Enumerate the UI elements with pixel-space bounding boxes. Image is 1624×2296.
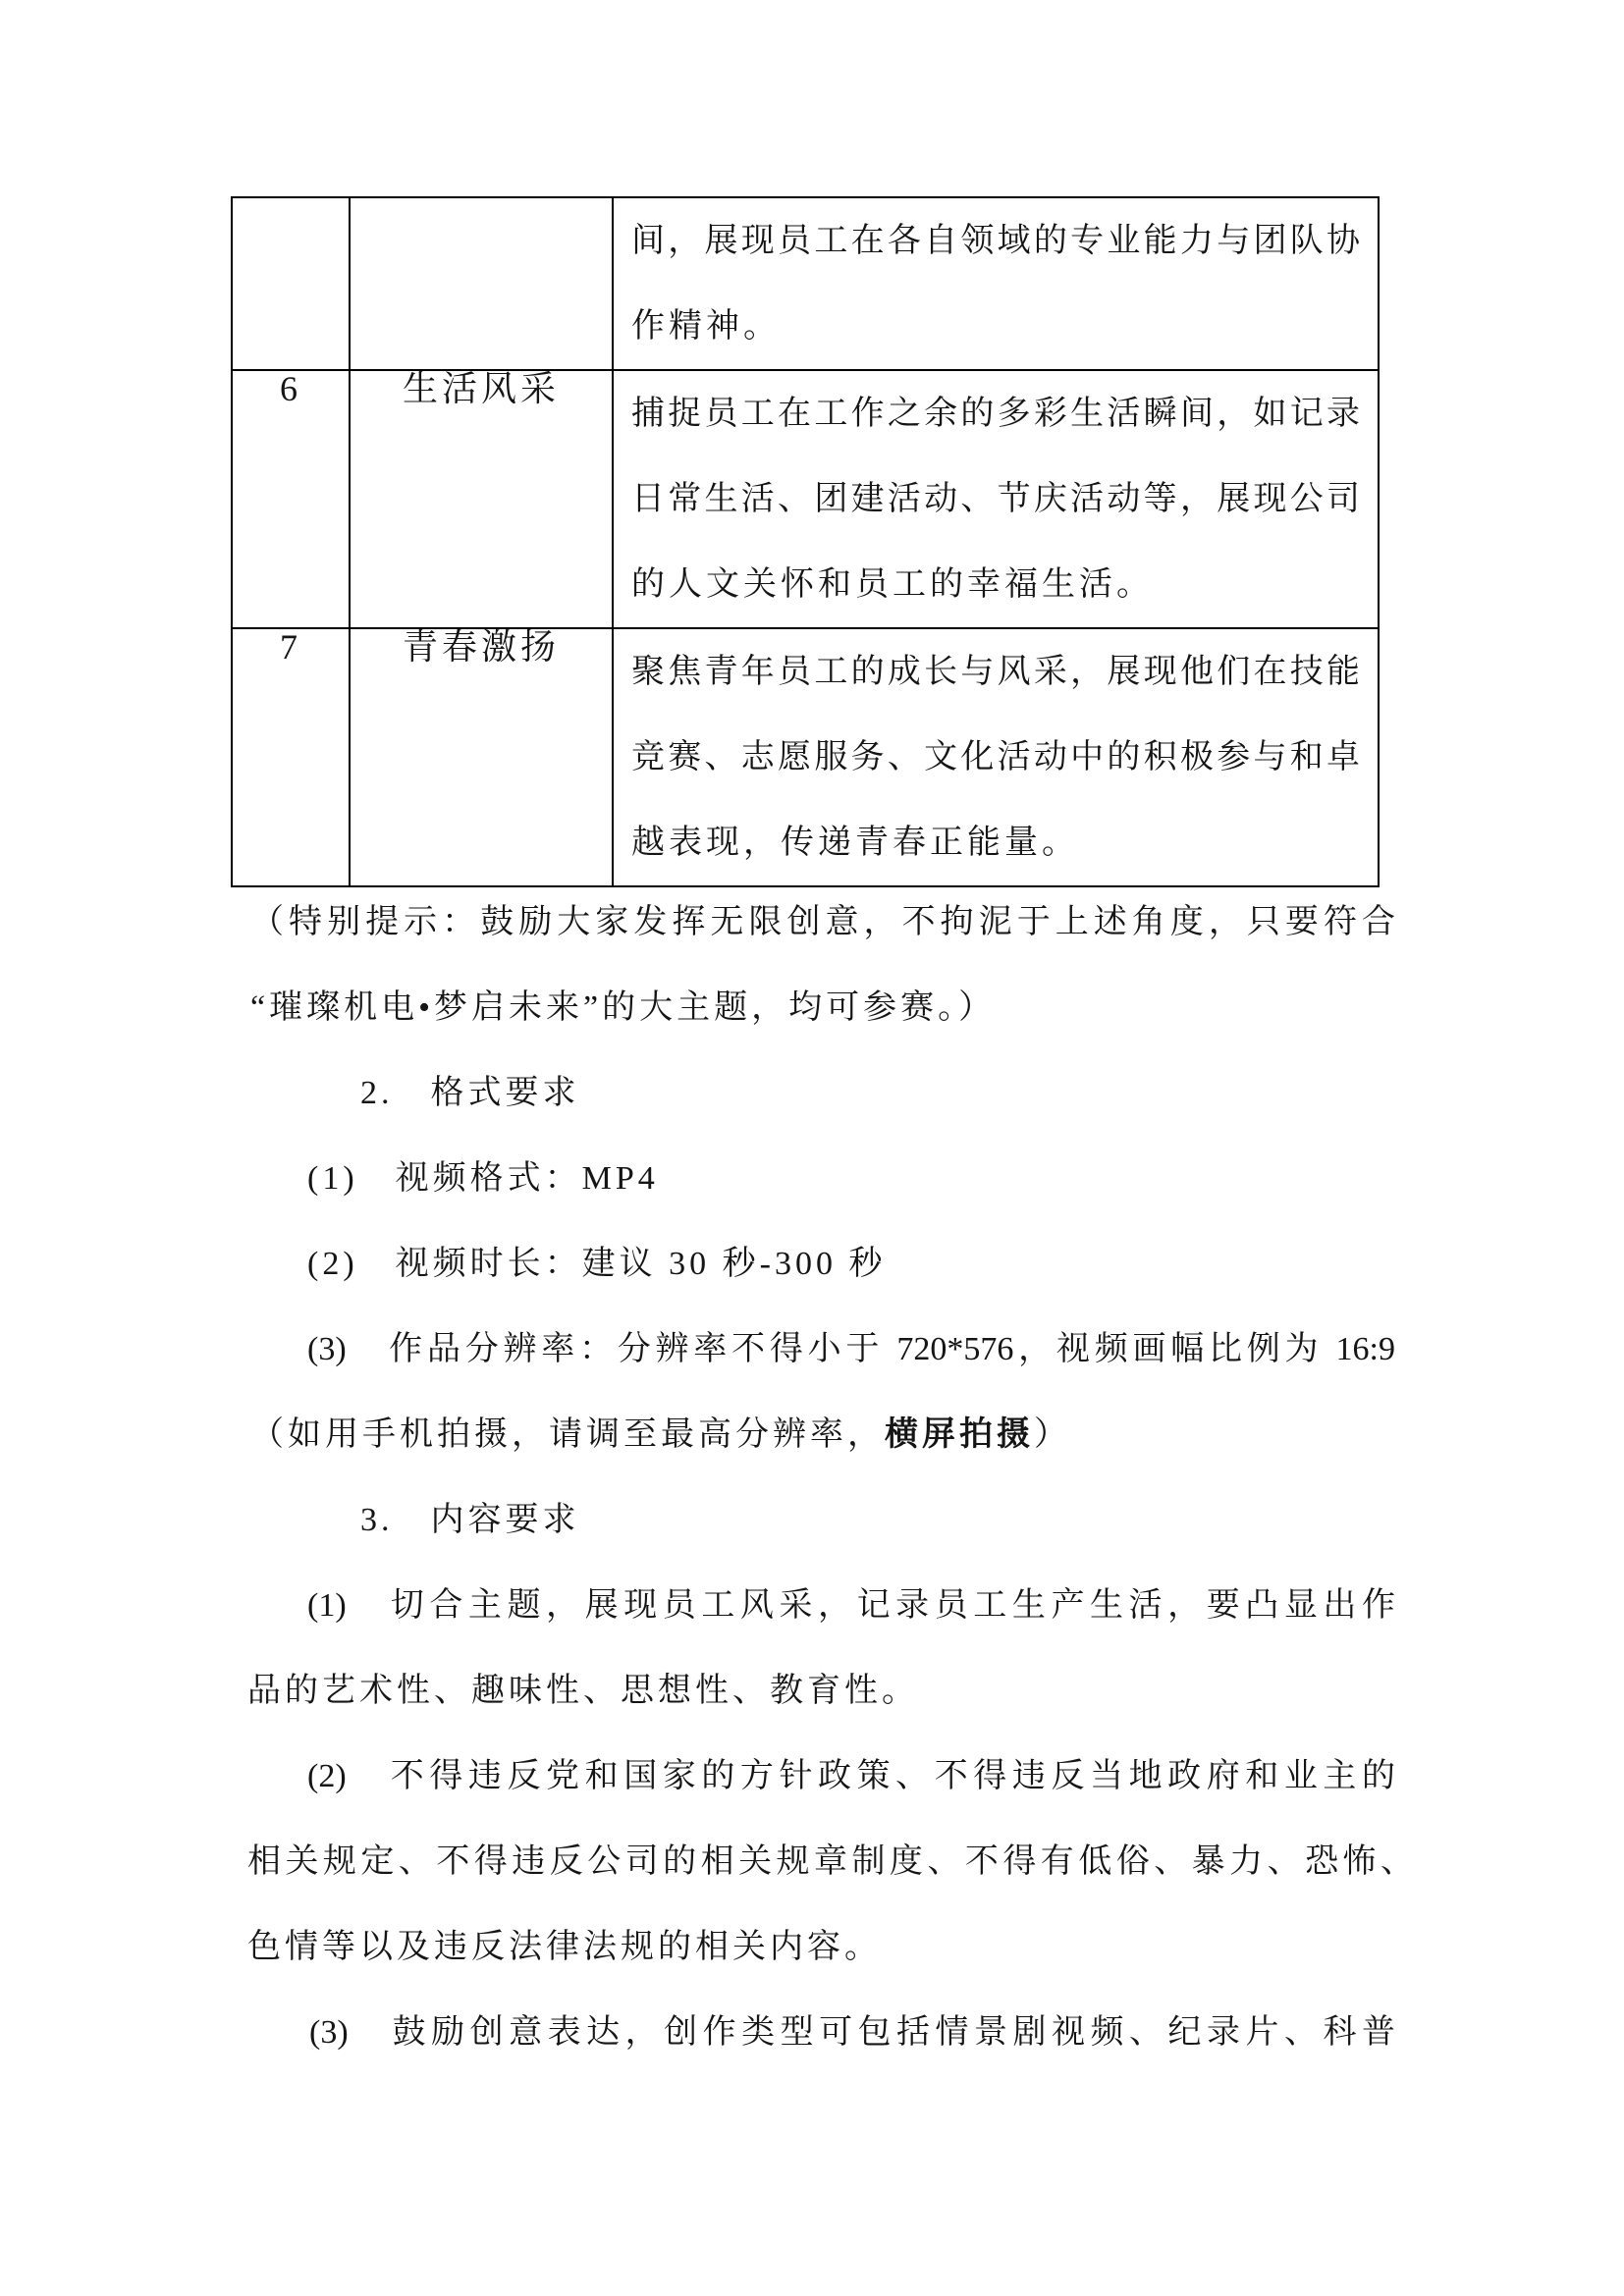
row-number: 7 [280,629,301,665]
table-cell-description: 间，展现员工在各自领域的专业能力与团队协 作精神。 [613,197,1379,370]
format-item-3-note: （如用手机拍摄，请调至最高分辨率，横屏拍摄） [250,1414,1071,1457]
format-note-post: ） [1034,1416,1071,1453]
table-cell-description: 捕捉员工在工作之余的多彩生活瞬间，如记录 日常生活、团建活动、节庆活动等，展现公… [613,370,1379,628]
special-note-line2: “璀璨机电•梦启未来”的大主题，均可参赛。） [250,987,996,1030]
table-cell-number [232,197,350,370]
content-item-2-line3: 色情等以及违反法律法规的相关内容。 [247,1926,882,1969]
content-item-1-line2: 品的艺术性、趣味性、思想性、教育性。 [247,1670,919,1713]
document-page: { "table": { "rows": [ { "num": "", "cat… [0,0,1624,2296]
description-line: 间，展现员工在各自领域的专业能力与团队协 [631,198,1360,284]
format-item-2: (2) 视频时长：建议 30 秒-300 秒 [307,1243,886,1286]
table-cell-number: 7 [232,628,350,886]
table-row: 间，展现员工在各自领域的专业能力与团队协 作精神。 [232,197,1379,370]
content-item-1-line1: (1) 切合主题，展现员工风采，记录员工生产生活，要凸显出作 [307,1584,1395,1629]
content-item-2-line1: (2) 不得违反党和国家的方针政策、不得违反当地政府和业主的 [307,1755,1395,1800]
description-line: 聚焦青年员工的成长与风采，展现他们在技能 [631,629,1360,715]
row-number: 6 [280,371,301,406]
description-line: 越表现，传递青春正能量。 [631,800,1360,885]
description-line: 捕捉员工在工作之余的多彩生活瞬间，如记录 [631,371,1360,456]
row-category: 生活风采 [403,371,560,406]
row-category: 青春激扬 [403,629,560,665]
theme-table: 间，展现员工在各自领域的专业能力与团队协 作精神。 6 生活风采 捕捉员工在工作… [231,196,1380,887]
description-line: 竞赛、志愿服务、文化活动中的积极参与和卓 [631,715,1360,800]
description-line: 的人文关怀和员工的幸福生活。 [631,542,1360,627]
format-note-pre: （如用手机拍摄，请调至最高分辨率， [250,1416,885,1453]
table-row: 7 青春激扬 聚焦青年员工的成长与风采，展现他们在技能 竞赛、志愿服务、文化活动… [232,628,1379,886]
format-item-3: (3) 作品分辨率：分辨率不得小于 720*576，视频画幅比例为 16:9 [307,1328,1395,1373]
table-cell-category [350,197,613,370]
description-line: 日常生活、团建活动、节庆活动等，展现公司 [631,456,1360,542]
format-item-1: (1) 视频格式：MP4 [307,1157,659,1201]
special-note-line1: （特别提示：鼓励大家发挥无限创意，不拘泥于上述角度，只要符合 [250,901,1395,946]
table-cell-category: 生活风采 [350,370,613,628]
table-cell-category: 青春激扬 [350,628,613,886]
table-row: 6 生活风采 捕捉员工在工作之余的多彩生活瞬间，如记录 日常生活、团建活动、节庆… [232,370,1379,628]
section2-heading: 2. 格式要求 [360,1072,580,1115]
table-cell-number: 6 [232,370,350,628]
format-note-bold: 横屏拍摄 [885,1416,1034,1453]
section3-heading: 3. 内容要求 [360,1499,580,1542]
content-item-2-line2: 相关规定、不得违反公司的相关规章制度、不得有低俗、暴力、恐怖、 [247,1841,1414,1886]
content-item-3-line1: (3) 鼓励创意表达，创作类型可包括情景剧视频、纪录片、科普 [309,2011,1395,2056]
table-cell-description: 聚焦青年员工的成长与风采，展现他们在技能 竞赛、志愿服务、文化活动中的积极参与和… [613,628,1379,886]
description-line: 作精神。 [631,284,1360,369]
